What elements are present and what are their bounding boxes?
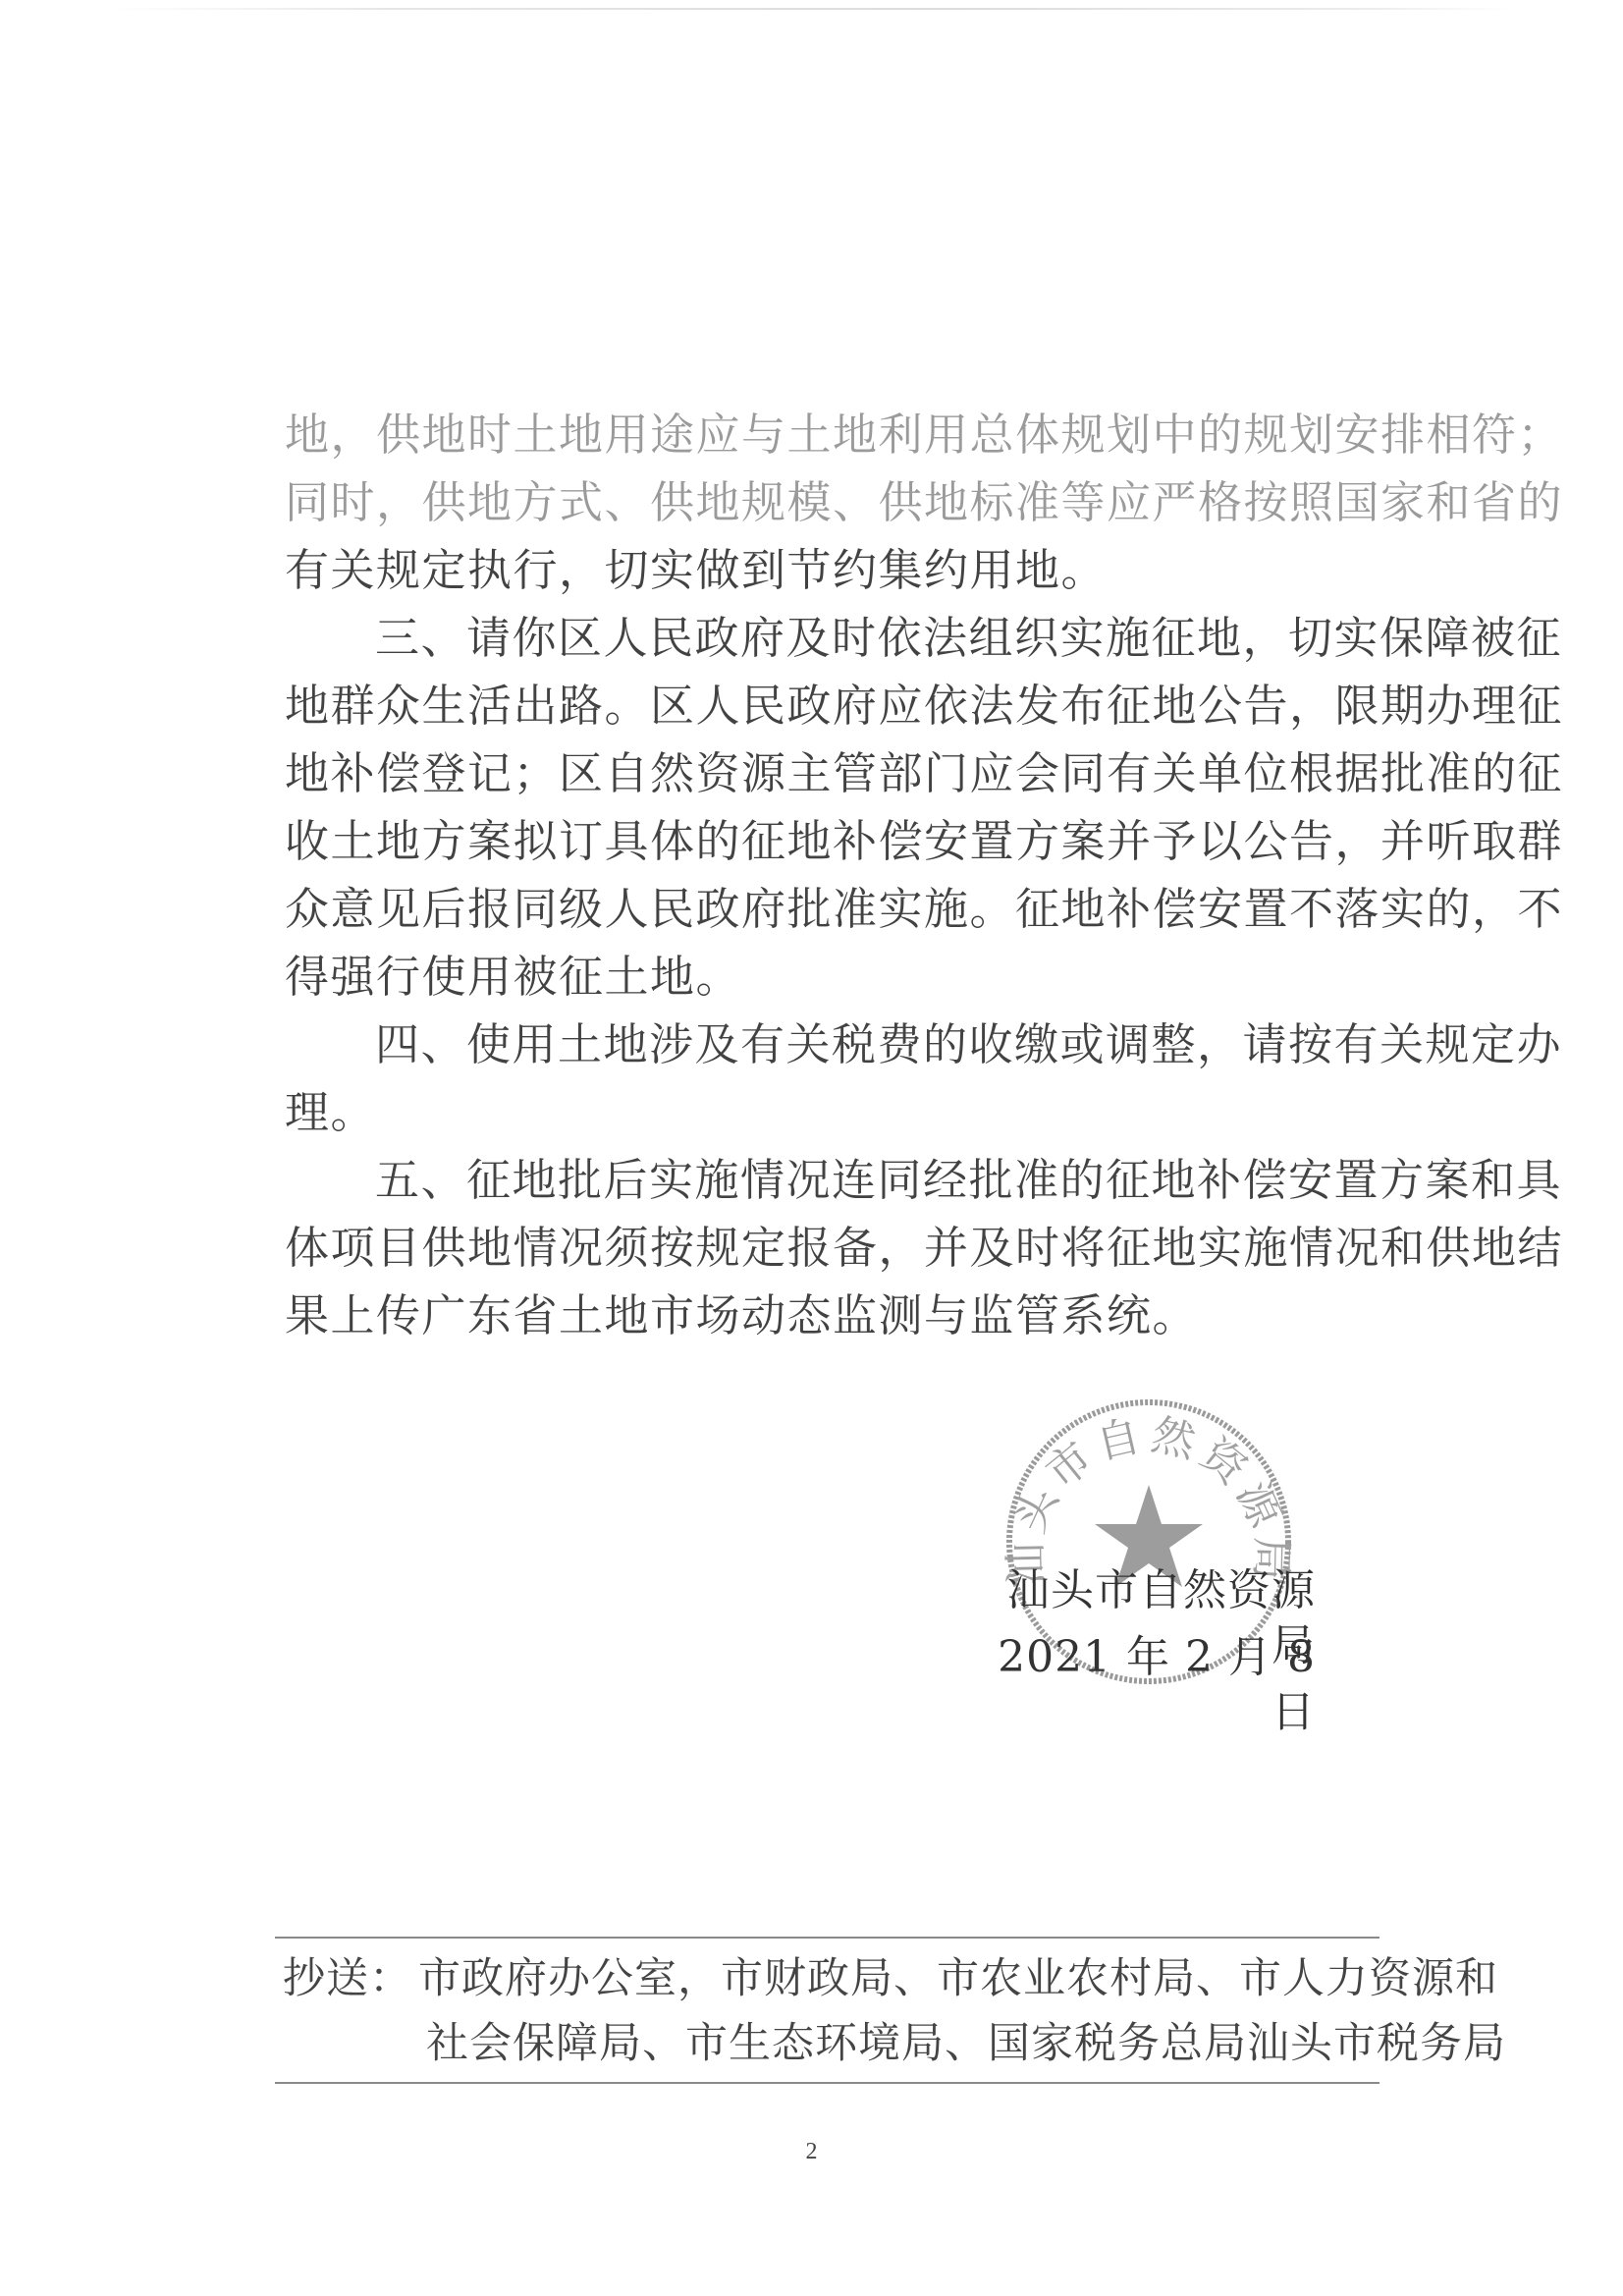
body-line: 地群众生活出路。区人民政府应依法发布征地公告，限期办理征 <box>285 672 1380 739</box>
issue-date: 2021 年 2 月 8 日 <box>992 1630 1316 1740</box>
cc-line-2: 社会保障局、市生态环境局、国家税务总局汕头市税务局 <box>283 2011 1380 2076</box>
clause-3-start: 三、请你区人民政府及时依法组织实施征地，切实保障被征 <box>285 604 1380 672</box>
body-line: 地补偿登记；区自然资源主管部门应会同有关单位根据批准的征 <box>285 739 1380 807</box>
cc-label: 抄送： <box>283 1946 418 2011</box>
body-line: 地，供地时土地用途应与土地利用总体规划中的规划安排相符； <box>285 401 1380 468</box>
clause-5-start: 五、征地批后实施情况连同经批准的征地补偿安置方案和具 <box>285 1146 1380 1214</box>
cc-recipients-1: 市政府办公室，市财政局、市农业农村局、市人力资源和 <box>418 1954 1498 2003</box>
cc-bottom-rule <box>275 2082 1380 2084</box>
document-body: 地，供地时土地用途应与土地利用总体规划中的规划安排相符； 同时，供地方式、供地规… <box>285 401 1380 1349</box>
cc-line-1: 抄送：市政府办公室，市财政局、市农业农村局、市人力资源和 <box>283 1946 1380 2011</box>
body-line: 同时，供地方式、供地规模、供地标准等应严格按照国家和省的 <box>285 468 1380 536</box>
cc-recipients-2: 社会保障局、市生态环境局、国家税务总局汕头市税务局 <box>426 2019 1506 2068</box>
body-line: 有关规定执行，切实做到节约集约用地。 <box>285 536 1380 604</box>
scan-top-edge <box>108 8 1512 10</box>
cc-distribution: 抄送：市政府办公室，市财政局、市农业农村局、市人力资源和 社会保障局、市生态环境… <box>275 1937 1380 2084</box>
body-line: 得强行使用被征土地。 <box>285 943 1380 1011</box>
body-line: 果上传广东省土地市场动态监测与监管系统。 <box>285 1282 1380 1349</box>
body-line: 体项目供地情况须按规定报备，并及时将征地实施情况和供地结 <box>285 1214 1380 1282</box>
body-line: 理。 <box>285 1078 1380 1146</box>
page-number: 2 <box>0 2139 1623 2165</box>
body-line: 众意见后报同级人民政府批准实施。征地补偿安置不落实的，不 <box>285 875 1380 943</box>
clause-4-start: 四、使用土地涉及有关税费的收缴或调整，请按有关规定办 <box>285 1011 1380 1078</box>
body-line: 收土地方案拟订具体的征地补偿安置方案并予以公告，并听取群 <box>285 807 1380 875</box>
